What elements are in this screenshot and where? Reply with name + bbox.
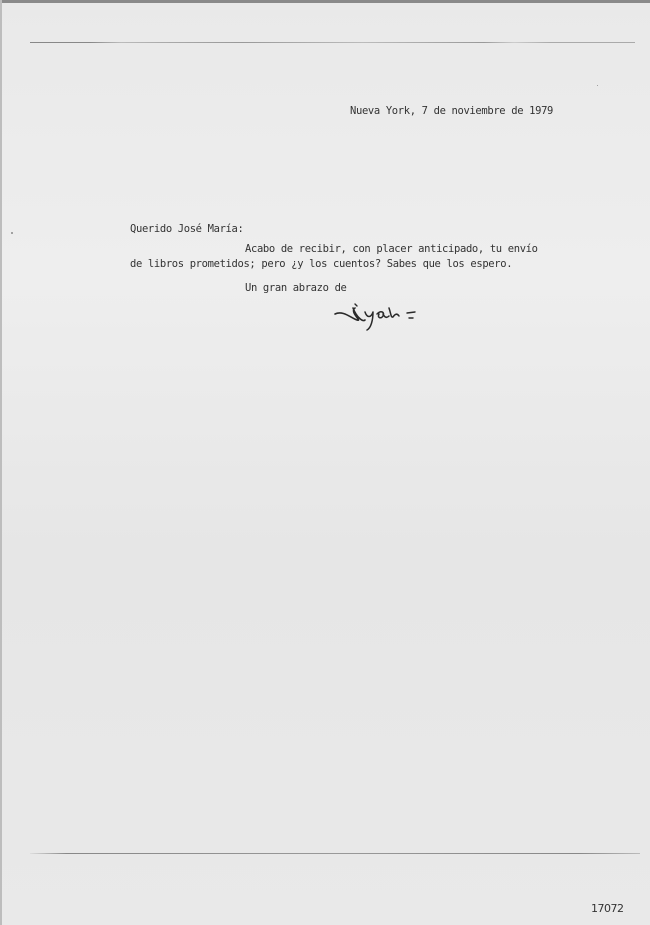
scan-left-edge: [0, 0, 2, 925]
header-rule: [30, 42, 635, 43]
body-line-1: Acabo de recibir, con placer anticipado,…: [245, 243, 538, 255]
body-line-2: de libros prometidos; pero ¿y los cuento…: [130, 258, 512, 270]
handwritten-signature: [333, 300, 433, 332]
date-line: Nueva York, 7 de noviembre de 1979: [350, 105, 553, 117]
salutation: Querido José María:: [130, 223, 243, 235]
footer-rule: [30, 853, 640, 854]
scan-speck: [597, 85, 598, 86]
archive-number: 17072: [591, 902, 624, 915]
letter-page: Nueva York, 7 de noviembre de 1979 Queri…: [0, 0, 650, 925]
closing: Un gran abrazo de: [245, 282, 347, 294]
scan-speck: [11, 232, 13, 234]
scan-top-edge: [0, 0, 650, 3]
